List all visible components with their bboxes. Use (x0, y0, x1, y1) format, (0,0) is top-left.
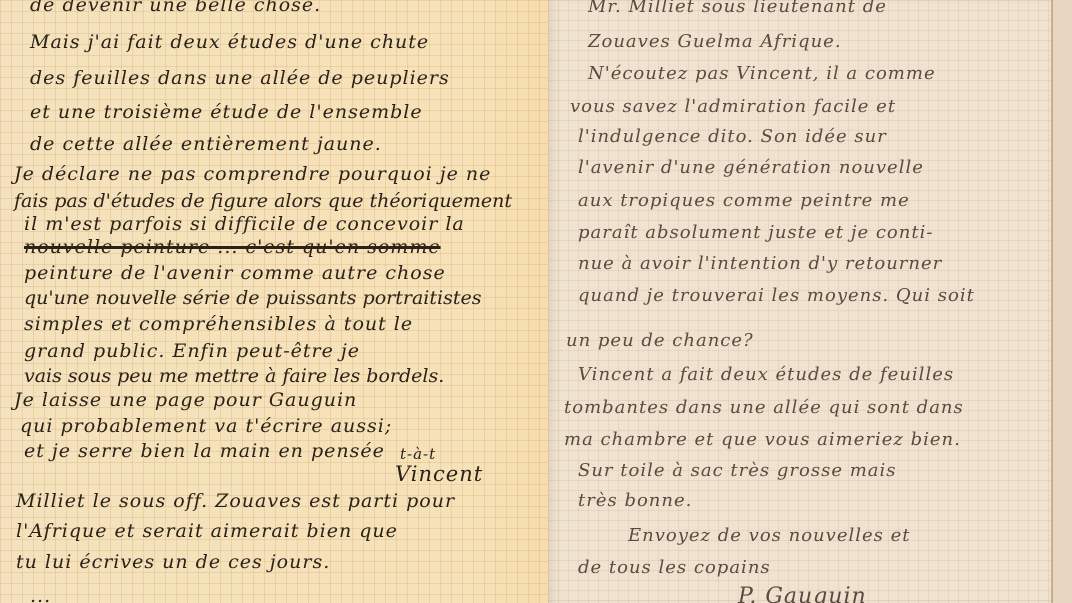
handwritten-line: quand je trouverai les moyens. Qui soit (578, 285, 975, 306)
handwritten-line: de cette allée entièrement jaune. (30, 133, 382, 155)
handwritten-line: Milliet le sous off. Zouaves est parti p… (16, 490, 455, 512)
handwritten-line: nue à avoir l'intention d'y retourner (578, 253, 942, 274)
handwritten-line: qui probablement va t'écrire aussi; (20, 415, 392, 437)
handwritten-line: de devenir une belle chose. (30, 0, 321, 16)
handwritten-line: vous savez l'admiration facile et (570, 96, 896, 117)
handwritten-line: simples et compréhensibles à tout le (24, 313, 413, 335)
handwritten-line: peinture de l'avenir comme autre chose (24, 262, 446, 284)
handwritten-line: Envoyez de vos nouvelles et (628, 525, 910, 546)
handwritten-line: Zouaves Guelma Afrique. (588, 31, 842, 52)
signature-gauguin: P. Gauguin (738, 584, 867, 603)
handwritten-line: Mais j'ai fait deux études d'une chute (30, 31, 429, 53)
handwritten-line: vais sous peu me mettre à faire les bord… (24, 365, 444, 387)
handwritten-line: tombantes dans une allée qui sont dans (564, 397, 964, 418)
signature-vincent: Vincent (395, 462, 483, 486)
struck-through-line: nouvelle peinture ... c'est qu'en somme (24, 236, 441, 258)
handwritten-line: Vincent a fait deux études de feuilles (578, 364, 954, 385)
left-letter-page: de devenir une belle chose. Mais j'ai fa… (0, 0, 548, 603)
handwritten-line: Je laisse une page pour Gauguin (14, 389, 357, 411)
closing-salutation: t-à-t (400, 445, 436, 463)
right-letter-page: Mr. Milliet sous lieutenant de Zouaves G… (548, 0, 1072, 603)
handwritten-line: aux tropiques comme peintre me (578, 190, 910, 211)
handwritten-line: et une troisième étude de l'ensemble (30, 101, 423, 123)
handwritten-line: fais pas d'études de figure alors que th… (14, 190, 512, 212)
handwritten-line: l'avenir d'une génération nouvelle (578, 157, 924, 178)
handwritten-line: N'écoutez pas Vincent, il a comme (588, 63, 936, 84)
handwritten-line: Mr. Milliet sous lieutenant de (588, 0, 887, 17)
handwritten-line: des feuilles dans une allée de peupliers (30, 67, 450, 89)
handwritten-line: et je serre bien la main en pensée (24, 440, 385, 462)
handwritten-line: très bonne. (578, 490, 692, 511)
handwritten-line: ma chambre et que vous aimeriez bien. (564, 429, 961, 450)
handwritten-line: il m'est parfois si difficile de concevo… (24, 213, 465, 235)
handwritten-line: Sur toile à sac très grosse mais (578, 460, 897, 481)
handwritten-line: qu'une nouvelle série de puissants portr… (24, 287, 481, 309)
handwritten-line: l'Afrique et serait aimerait bien que (16, 520, 398, 542)
handwritten-line-cut-off: ... (30, 585, 51, 603)
handwritten-line: un peu de chance? (566, 330, 754, 351)
handwritten-line: paraît absolument juste et je conti- (578, 222, 933, 243)
handwritten-line: tu lui écrives un de ces jours. (16, 551, 330, 573)
handwritten-line: Je déclare ne pas comprendre pourquoi je… (14, 163, 491, 185)
handwritten-line: de tous les copains (578, 557, 771, 578)
handwritten-line: l'indulgence dito. Son idée sur (578, 126, 887, 147)
adjacent-page-strip (1053, 0, 1072, 603)
handwritten-line: grand public. Enfin peut-être je (24, 340, 360, 362)
